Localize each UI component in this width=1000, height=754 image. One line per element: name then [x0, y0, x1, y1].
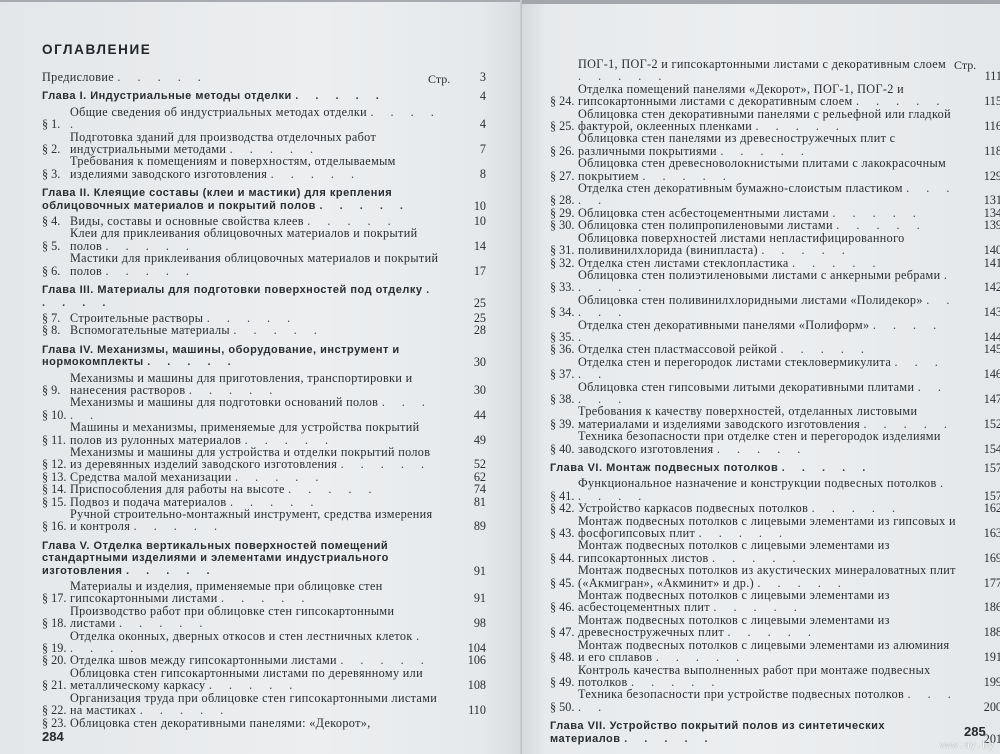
section-number: § 14. [42, 483, 70, 495]
toc-entry: § 33. Облицовка стен полиэтиленовыми лис… [550, 269, 958, 294]
entry-page-number: 25 [450, 297, 486, 309]
entry-title: Отделка оконных, дверных откосов и стен … [70, 630, 442, 655]
section-number: § 23. [42, 717, 70, 729]
entry-page-number: 89 [450, 520, 486, 532]
entry-title: Монтаж подвесных потолков с лицевыми эле… [578, 614, 958, 639]
entry-title: Предисловие . . . . . [42, 71, 442, 83]
entry-title: Облицовка стен гипсовыми литыми декорати… [578, 381, 958, 406]
watermark: www.ay.by [940, 740, 994, 751]
dot-leader: . . . . . [717, 442, 807, 456]
section-number: § 15. [42, 496, 70, 508]
toc-entry: § 8. Вспомогательные материалы . . . . .… [42, 324, 442, 336]
entry-title: Механизмы и машины для подготовки основа… [70, 396, 442, 421]
toc-entry: § 26. Облицовка стен панелями из древесн… [550, 132, 958, 157]
entry-title: Монтаж подвесных потолков с лицевыми эле… [578, 539, 958, 564]
section-number: § 48. [550, 651, 578, 663]
toc-entry: § 24. Отделка помещений панелями «Декоро… [550, 83, 958, 108]
section-number: § 18. [42, 617, 70, 629]
section-number: § 21. [42, 679, 70, 691]
section-number: § 8. [42, 324, 70, 336]
section-number: § 16. [42, 520, 70, 532]
entry-title: Глава II. Клеящие составы (клеи и мастик… [42, 187, 442, 212]
entry-page-number: 10 [450, 215, 486, 227]
toc-entry: § 40. Техника безопасности при отделке с… [550, 430, 958, 455]
section-number: § 43. [550, 527, 578, 539]
toc-entry: § 2. Подготовка зданий для производства … [42, 131, 442, 156]
section-number: § 39. [550, 418, 578, 430]
entry-page-number: 129 [966, 170, 1000, 182]
toc-chapter: Глава III. Материалы для подготовки пове… [42, 284, 442, 309]
toc-entry: § 28. Отделка стен декоративным бумажно-… [550, 182, 958, 207]
entry-page-number: 17 [450, 265, 486, 277]
page-number-left: 284 [42, 729, 64, 744]
section-number: § 27. [550, 170, 578, 182]
section-number: § 1. [42, 118, 70, 130]
entry-title: Облицовка стен поливинилхлоридными листа… [578, 294, 958, 319]
entry-page-number: 10 [450, 200, 486, 212]
entry-page-number: 30 [450, 356, 486, 368]
section-number: § 12. [42, 458, 70, 470]
entry-page-number: 199 [966, 676, 1000, 688]
entry-page-number: 140 [966, 244, 1000, 256]
entry-title: Механизмы и машины для приготовления, тр… [70, 372, 442, 397]
entry-page-number: 81 [450, 496, 486, 508]
toc-entry: § 22. Организация труда при облицовке ст… [42, 692, 442, 717]
toc-entry: § 5. Клеи для приклеивания облицовочных … [42, 227, 442, 252]
toc-entry: § 16. Ручной строительно-монтажный инстр… [42, 508, 442, 533]
entry-title: Монтаж подвесных потолков с лицевыми эле… [578, 639, 958, 664]
toc-entry: § 47. Монтаж подвесных потолков с лицевы… [550, 614, 958, 639]
toc-entry: § 23. Облицовка стен декоративными панел… [42, 717, 442, 729]
section-number: § 36. [550, 343, 578, 355]
entry-title: Отделка помещений панелями «Декорот», ПО… [578, 83, 958, 108]
section-number: § 3. [42, 168, 70, 180]
entry-title: Облицовка стен панелями из древесноструж… [578, 132, 958, 157]
toc-entry: § 41. Функциональное назначение и констр… [550, 477, 958, 502]
entry-page-number: 143 [966, 306, 1000, 318]
entry-page-number: 8 [450, 168, 486, 180]
entry-page-number: 131 [966, 194, 1000, 206]
entry-page-number: 118 [966, 145, 1000, 157]
section-number: § 28. [550, 194, 578, 206]
entry-title: Облицовка стен декоративными панелями: «… [70, 717, 442, 729]
entry-title: Материалы и изделия, применяемые при обл… [70, 580, 442, 605]
entry-page-number: 191 [966, 651, 1000, 663]
entry-page-number: 152 [966, 418, 1000, 430]
entry-page-number: 110 [450, 704, 486, 716]
entry-title: Мастики для приклеивания облицовочных ма… [70, 252, 442, 277]
toc-entry: § 31. Облицовка поверхностей листами неп… [550, 232, 958, 257]
entry-title: Машины и механизмы, применяемые для устр… [70, 421, 442, 446]
toc-entry: § 48. Монтаж подвесных потолков с лицевы… [550, 639, 958, 664]
dot-leader: . . . . . [126, 565, 217, 577]
entry-page-number: 115 [966, 95, 1000, 107]
entry-title: Глава V. Отделка вертикальных поверхност… [42, 540, 442, 577]
entry-page-number: 74 [450, 483, 486, 495]
toc-entry: § 27. Облицовка стен древесноволокнистым… [550, 157, 958, 182]
entry-title: Отделка стен декоративным бумажно-слоист… [578, 182, 958, 207]
entry-page-number: 142 [966, 281, 1000, 293]
section-number: § 30. [550, 219, 578, 231]
right-page: Стр. ПОГ-1, ПОГ-2 и гипсокартонными лист… [522, 0, 1000, 754]
dot-leader: . . . . . [134, 519, 224, 533]
section-number: § 11. [42, 434, 70, 446]
toc-chapter: Глава V. Отделка вертикальных поверхност… [42, 540, 442, 577]
entry-title: Контроль качества выполненных работ при … [578, 664, 958, 689]
dot-leader: . . . . . [233, 323, 323, 337]
entry-page-number: 141 [966, 257, 1000, 269]
entry-page-number: 188 [966, 626, 1000, 638]
entry-title: Клеи для приклеивания облицовочных матер… [70, 227, 442, 252]
entry-page-number: 4 [450, 90, 486, 102]
toc-entry: § 34. Облицовка стен поливинилхлоридными… [550, 294, 958, 319]
entry-page-number: 147 [966, 393, 1000, 405]
entry-page-number: 200 [966, 701, 1000, 713]
entry-title: Отделка стен и перегородок листами стекл… [578, 356, 958, 381]
toc-entry: § 44. Монтаж подвесных потолков с лицевы… [550, 539, 958, 564]
entry-page-number: 30 [450, 384, 486, 396]
entry-page-number: 163 [966, 527, 1000, 539]
entry-title: Облицовка стен декоративными панелями с … [578, 108, 958, 133]
entry-page-number: 146 [966, 368, 1000, 380]
entry-page-number: 139 [966, 219, 1000, 231]
toc-title: ОГЛАВЛЕНИЕ [42, 42, 522, 57]
toc-entry: § 6. Мастики для приклеивания облицовочн… [42, 252, 442, 277]
entry-title: Функциональное назначение и конструкции … [578, 477, 958, 502]
entry-page-number: 116 [966, 120, 1000, 132]
section-number: § 5. [42, 240, 70, 252]
entry-title: Ручной строительно-монтажный инструмент,… [70, 508, 442, 533]
section-number: § 34. [550, 306, 578, 318]
section-number: § 44. [550, 552, 578, 564]
section-number: § 33. [550, 281, 578, 293]
entry-page-number: 4 [450, 118, 486, 130]
toc-entry: § 10. Механизмы и машины для подготовки … [42, 396, 442, 421]
entry-page-number: 7 [450, 143, 486, 155]
section-number: § 9. [42, 384, 70, 396]
entry-title: Техника безопасности при отделке стен и … [578, 430, 958, 455]
entry-title: Глава I. Индустриальные методы отделки .… [42, 90, 442, 102]
toc-entry: § 50. Техника безопасности при устройств… [550, 688, 958, 713]
section-number: § 46. [550, 601, 578, 613]
dot-leader: . . . . . [295, 90, 386, 102]
entry-page-number: 108 [450, 679, 486, 691]
section-number: § 31. [550, 244, 578, 256]
entry-title: Облицовка стен гипсокартонными листами п… [70, 667, 442, 692]
toc-entry: § 19. Отделка оконных, дверных откосов и… [42, 630, 442, 655]
toc-entry: § 21. Облицовка стен гипсокартонными лис… [42, 667, 442, 692]
dot-leader: . . . . . [117, 70, 207, 84]
toc-chapter: Глава IV. Механизмы, машины, оборудовани… [42, 344, 442, 369]
entry-title: Механизмы и машины для устройства и отде… [70, 446, 442, 471]
entry-title: Облицовка стен полиэтиленовыми листами с… [578, 269, 958, 294]
section-number: § 20. [42, 654, 70, 666]
section-number: § 40. [550, 443, 578, 455]
toc-entry: § 3. Требования к помещениям и поверхнос… [42, 155, 442, 180]
toc-chapter: Глава I. Индустриальные методы отделки .… [42, 90, 442, 102]
section-number: § 24. [550, 95, 578, 107]
entry-page-number: 154 [966, 443, 1000, 455]
entry-page-number: 169 [966, 552, 1000, 564]
entry-page-number: 91 [450, 565, 486, 577]
section-number: § 10. [42, 409, 70, 421]
book-spread: ОГЛАВЛЕНИЕ Стр. Предисловие . . . . . 3 … [0, 0, 1000, 754]
entry-page-number: 157 [966, 462, 1000, 474]
dot-leader: . . . . . [782, 462, 873, 474]
entry-page-number: 111 [966, 70, 1000, 82]
toc-entry: § 37. Отделка стен и перегородок листами… [550, 356, 958, 381]
section-number: § 37. [550, 368, 578, 380]
section-number: § 6. [42, 265, 70, 277]
section-number: § 17. [42, 592, 70, 604]
entry-page-number: 177 [966, 577, 1000, 589]
toc-chapter: Глава II. Клеящие составы (клеи и мастик… [42, 187, 442, 212]
entry-title: Техника безопасности при устройстве подв… [578, 688, 958, 713]
section-number: § 42. [550, 502, 578, 514]
toc-entry: § 43. Монтаж подвесных потолков с лицевы… [550, 515, 958, 540]
toc-list-right: ПОГ-1, ПОГ-2 и гипсокартонными листами с… [550, 58, 1000, 745]
entry-page-number: 49 [450, 434, 486, 446]
section-number: § 38. [550, 393, 578, 405]
entry-page-number: 3 [450, 71, 486, 83]
entry-title: Общие сведения об индустриальных методах… [70, 106, 442, 131]
entry-page-number: 14 [450, 240, 486, 252]
entry-title: Монтаж подвесных потолков с лицевыми эле… [578, 515, 958, 540]
entry-title: Облицовка поверхностей листами непластиф… [578, 232, 958, 257]
entry-title: Вспомогательные материалы . . . . . [70, 324, 442, 336]
toc-list-left: Предисловие . . . . . 3 Глава I. Индустр… [42, 71, 522, 729]
entry-title: ПОГ-1, ПОГ-2 и гипсокартонными листами с… [550, 58, 958, 83]
section-number: § 49. [550, 676, 578, 688]
dot-leader: . . . . . [147, 356, 238, 368]
toc-entry: § 39. Требования к качеству поверхностей… [550, 405, 958, 430]
entry-title: Монтаж подвесных потолков с лицевыми эле… [578, 589, 958, 614]
dot-leader: . . . . . [106, 264, 196, 278]
entry-page-number: 44 [450, 409, 486, 421]
section-number: § 25. [550, 120, 578, 132]
toc-entry: § 46. Монтаж подвесных потолков с лицевы… [550, 589, 958, 614]
entry-page-number: 106 [450, 654, 486, 666]
toc-entry: § 25. Облицовка стен декоративными панел… [550, 108, 958, 133]
entry-title: Требования к помещениям и поверхностям, … [70, 155, 442, 180]
toc-entry: § 38. Облицовка стен гипсовыми литыми де… [550, 381, 958, 406]
entry-page-number: 186 [966, 601, 1000, 613]
section-number: § 50. [550, 701, 578, 713]
section-number: § 26. [550, 145, 578, 157]
dot-leader: . . . . . [319, 200, 410, 212]
entry-page-number: 98 [450, 617, 486, 629]
entry-title: Глава III. Материалы для подготовки пове… [42, 284, 442, 309]
toc-entry: § 1. Общие сведения об индустриальных ме… [42, 106, 442, 131]
dot-leader: . . . . . [271, 167, 361, 181]
dot-leader: . . . . . [341, 457, 431, 471]
entry-page-number: 162 [966, 502, 1000, 514]
entry-title: Организация труда при облицовке стен гип… [70, 692, 442, 717]
entry-page-number: 145 [966, 343, 1000, 355]
entry-title: Требования к качеству поверхностей, отде… [578, 405, 958, 430]
section-number: § 47. [550, 626, 578, 638]
entry-title: Глава IV. Механизмы, машины, оборудовани… [42, 344, 442, 369]
toc-entry: § 12. Механизмы и машины для устройства … [42, 446, 442, 471]
toc-entry: § 9. Механизмы и машины для приготовлени… [42, 372, 442, 397]
toc-chapter: Глава VI. Монтаж подвесных потолков . . … [550, 462, 958, 474]
entry-title: Глава VI. Монтаж подвесных потолков . . … [550, 462, 958, 474]
section-number: § 32. [550, 257, 578, 269]
toc-entry: § 17. Материалы и изделия, применяемые п… [42, 580, 442, 605]
toc-entry: § 49. Контроль качества выполненных рабо… [550, 664, 958, 689]
entry-title: Облицовка стен древесноволокнистыми плит… [578, 157, 958, 182]
toc-entry: § 11. Машины и механизмы, применяемые дл… [42, 421, 442, 446]
section-number: § 22. [42, 704, 70, 716]
entry-title: Производство работ при облицовке стен ги… [70, 605, 442, 630]
section-number: § 2. [42, 143, 70, 155]
toc-entry: § 35. Отделка стен декоративными панелям… [550, 319, 958, 344]
left-page: ОГЛАВЛЕНИЕ Стр. Предисловие . . . . . 3 … [0, 0, 522, 754]
toc-entry: § 45. Монтаж подвесных потолков из акуст… [550, 564, 958, 589]
entry-page-number: 28 [450, 324, 486, 336]
entry-page-number: 91 [450, 592, 486, 604]
section-number: § 4. [42, 215, 70, 227]
entry-title: Монтаж подвесных потолков из акустически… [578, 564, 958, 589]
entry-page-number: 52 [450, 458, 486, 470]
dot-leader: . . . . . [624, 733, 715, 745]
entry-title: Отделка стен декоративными панелями «Пол… [578, 319, 958, 344]
toc-entry: ПОГ-1, ПОГ-2 и гипсокартонными листами с… [550, 58, 958, 83]
toc-entry: § 18. Производство работ при облицовке с… [42, 605, 442, 630]
toc-chapter: Глава VII. Устройство покрытий полов из … [550, 720, 958, 745]
toc-entry: Предисловие . . . . . 3 [42, 71, 442, 83]
entry-title: Глава VII. Устройство покрытий полов из … [550, 720, 958, 745]
section-number: § 45. [550, 577, 578, 589]
page-number-right: 285 [964, 724, 986, 739]
entry-title: Подготовка зданий для производства отдел… [70, 131, 442, 156]
